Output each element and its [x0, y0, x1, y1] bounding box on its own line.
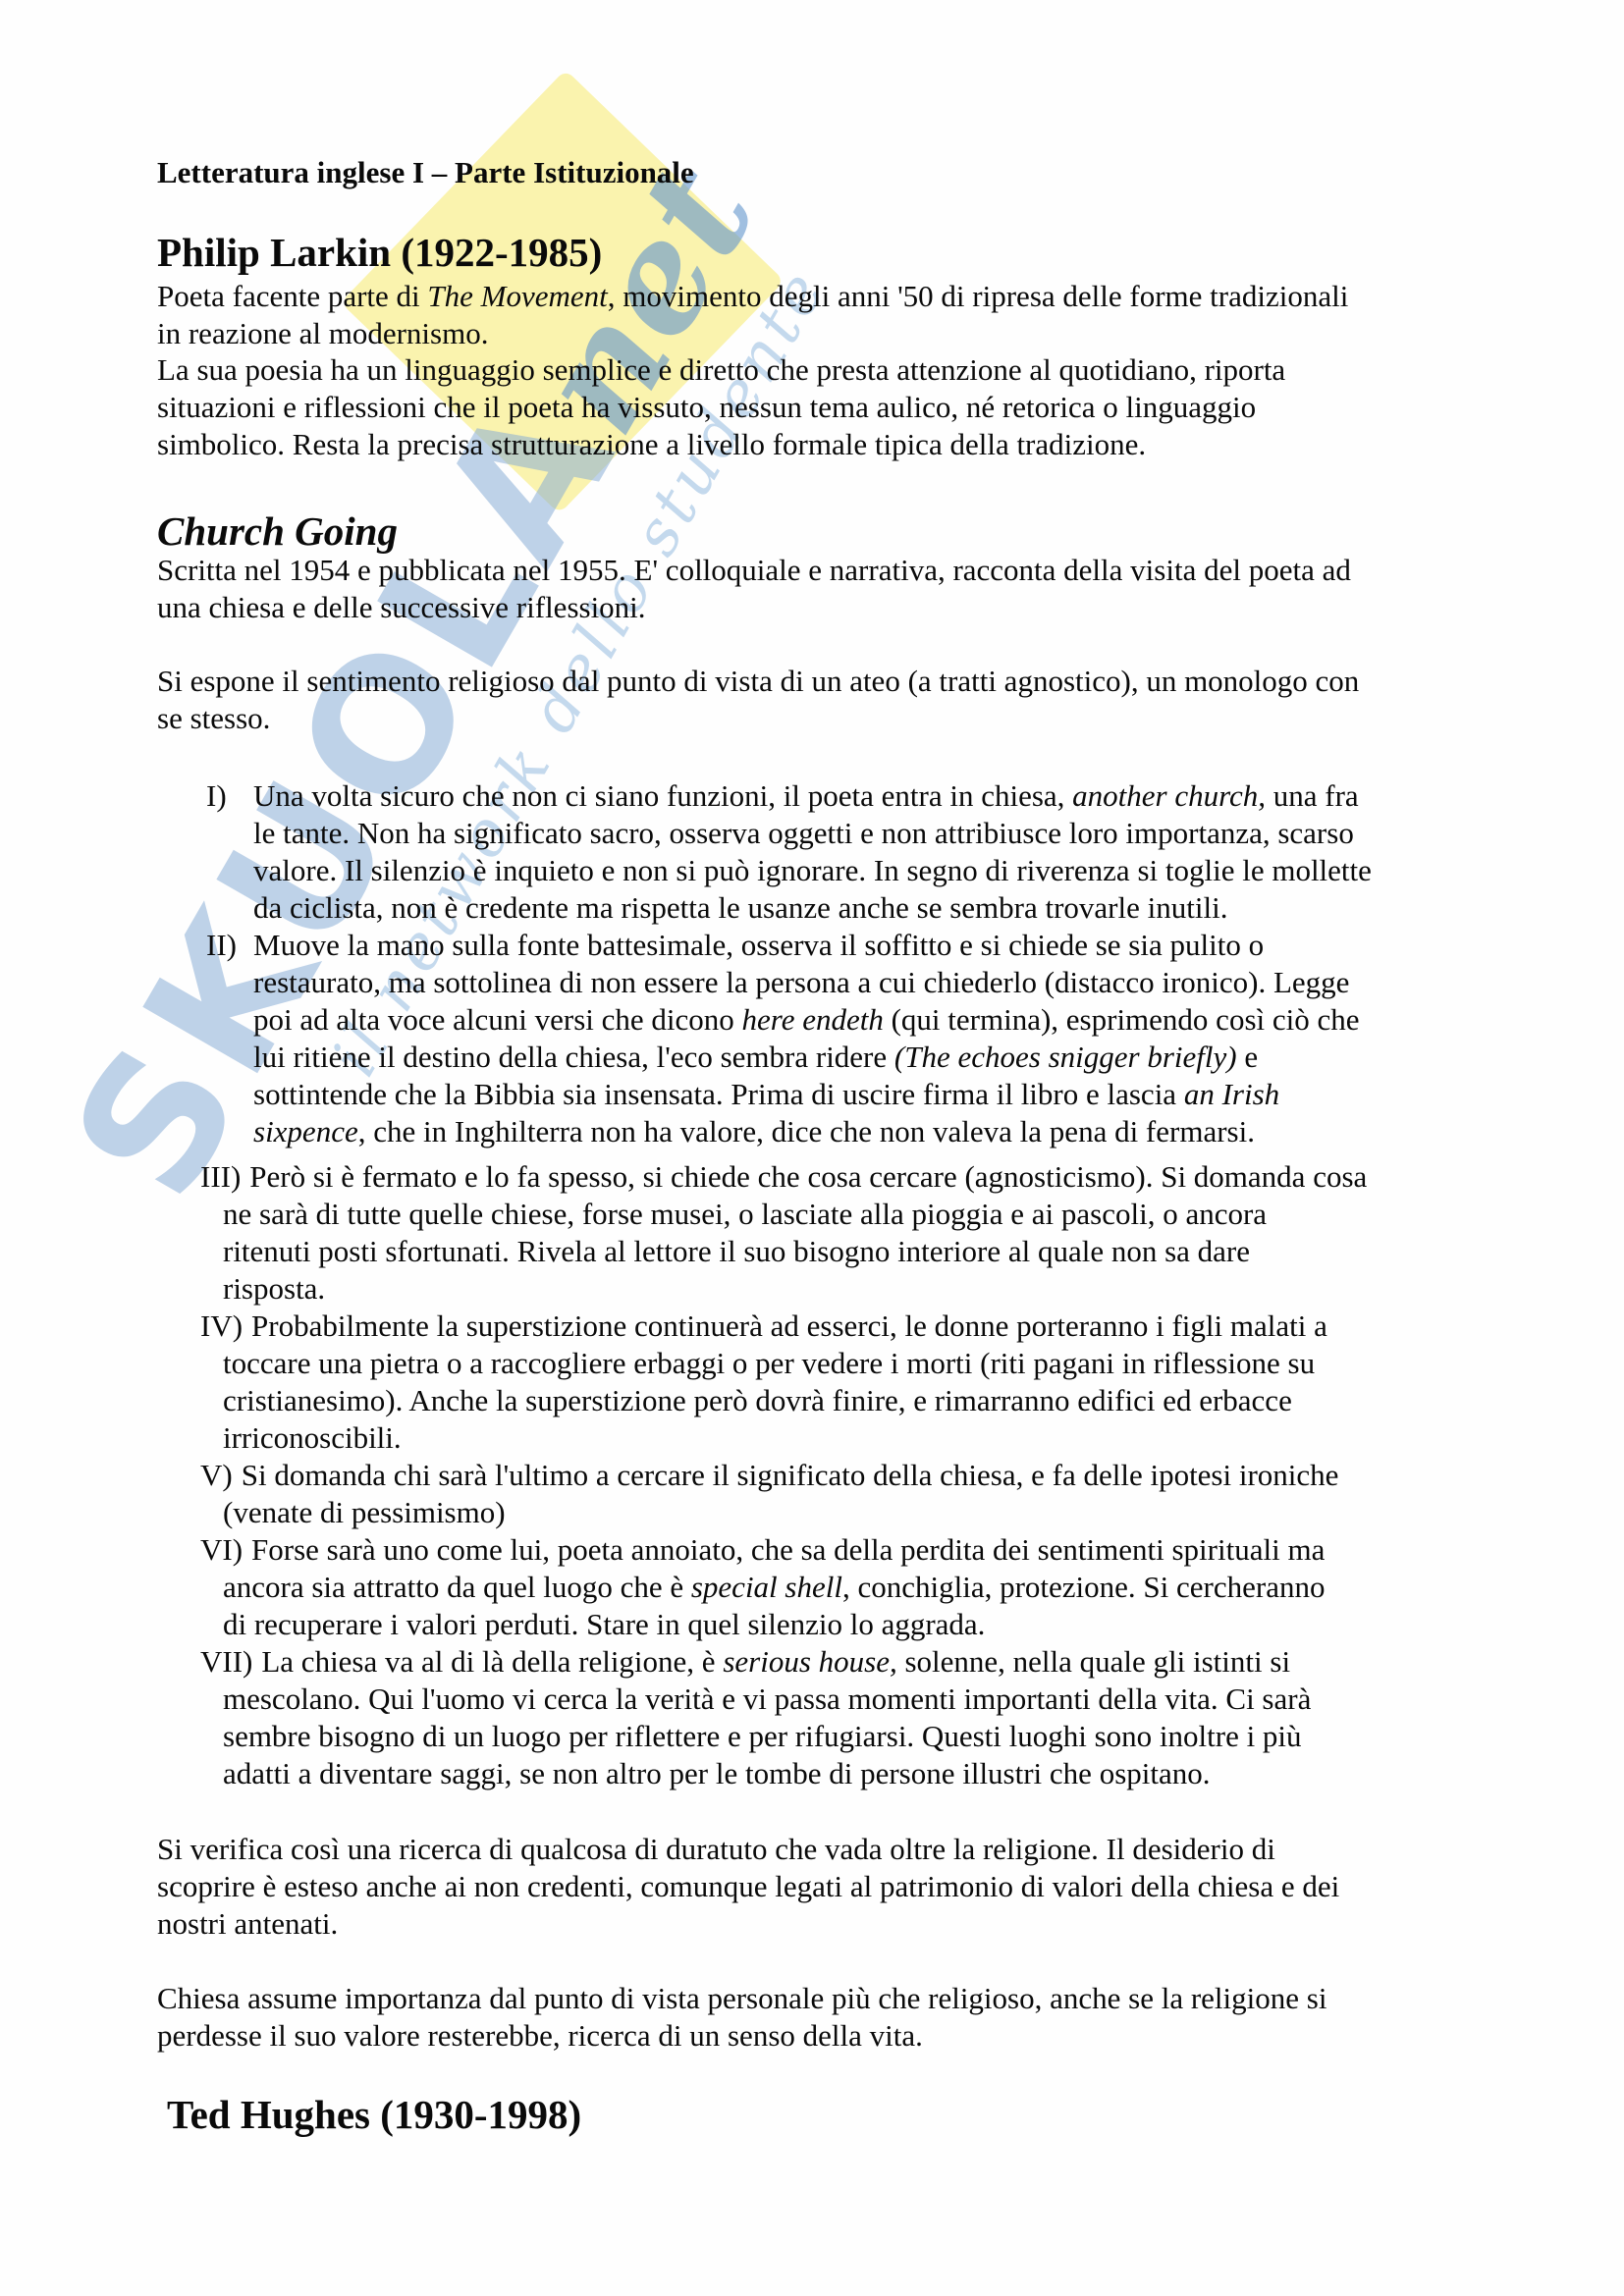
list-item-1-line-3: valore. Il silenzio è inquieto e non si …: [253, 852, 1372, 889]
para-espone: Si espone il sentimento religioso dal pu…: [157, 663, 1359, 737]
list-marker-V: V): [200, 1458, 233, 1492]
list-item-4-segment: irriconoscibili.: [223, 1420, 402, 1455]
list-item-2-line-5: sottintende che la Bibbia sia insensata.…: [253, 1076, 1360, 1113]
para-movement-segment: Poeta facente parte di: [157, 279, 427, 313]
list-item-2-line-2: restaurato, ma sottolinea di non essere …: [253, 964, 1360, 1001]
title-heading: Letteratura inglese I – Parte Istituzion…: [157, 154, 694, 191]
list-item-1-line-4: da ciclista, non è credente ma rispetta …: [253, 889, 1372, 927]
list-item-2-segment: lui ritiene il destino della chiesa, l'e…: [253, 1040, 894, 1074]
para-scritta-line-1: Scritta nel 1954 e pubblicata nel 1955. …: [157, 552, 1351, 589]
para-poesia-line-1: La sua poesia ha un linguaggio semplice …: [157, 351, 1285, 389]
list-item-6-segment: di recuperare i valori perduti. Stare in…: [223, 1607, 985, 1641]
para-movement-line-2: in reazione al modernismo.: [157, 315, 1348, 352]
list-item-7-segment: serious house,: [723, 1644, 896, 1679]
para-chiesa-line-1: Chiesa assume importanza dal punto di vi…: [157, 1980, 1326, 2017]
list-item-2-segment: (The echoes snigger briefly): [894, 1040, 1237, 1074]
list-item-2-line-1: II)Muove la mano sulla fonte battesimale…: [206, 927, 1360, 964]
list-item-4-line-2: toccare una pietra o a raccogliere erbag…: [223, 1345, 1327, 1382]
list-item-3-line-3: ritenuti posti sfortunati. Rivela al let…: [223, 1233, 1367, 1270]
list-item-3-line-2: ne sarà di tutte quelle chiese, forse mu…: [223, 1196, 1367, 1233]
para-verifica-segment: nostri antenati.: [157, 1906, 338, 1941]
list-item-2-segment: here endeth: [742, 1002, 884, 1037]
para-espone-segment: Si espone il sentimento religioso dal pu…: [157, 664, 1359, 698]
list-item-3-segment: ritenuti posti sfortunati. Rivela al let…: [223, 1234, 1250, 1268]
list-item-4-line-3: cristianesimo). Anche la superstizione p…: [223, 1382, 1327, 1419]
heading-ted-hughes: Ted Hughes (1930-1998): [167, 2091, 581, 2138]
list-item-3-segment: Però si è fermato e lo fa spesso, si chi…: [249, 1159, 1367, 1194]
list-item-7-line-4: adatti a diventare saggi, se non altro p…: [223, 1755, 1311, 1792]
heading-ted-hughes-segment: Ted Hughes (1930-1998): [167, 2092, 581, 2137]
para-verifica-segment: scoprire è esteso anche ai non credenti,…: [157, 1869, 1339, 1903]
list-item-5-line-2: (venate di pessimismo): [223, 1494, 1338, 1531]
list-item-5: V)Si domanda chi sarà l'ultimo a cercare…: [223, 1457, 1338, 1531]
para-scritta: Scritta nel 1954 e pubblicata nel 1955. …: [157, 552, 1351, 626]
list-item-4: IV)Probabilmente la superstizione contin…: [223, 1308, 1327, 1457]
list-item-6-segment: ancora sia attratto da quel luogo che è: [223, 1570, 691, 1604]
list-item-7: VII)La chiesa va al di là della religion…: [223, 1643, 1311, 1792]
list-marker-IV: IV): [200, 1308, 243, 1343]
list-item-1-line-2: le tante. Non ha significato sacro, osse…: [253, 815, 1372, 852]
list-item-2-segment: an Irish: [1184, 1077, 1279, 1111]
para-movement-segment: in reazione al modernismo.: [157, 316, 488, 350]
list-item-2-segment: (qui termina), esprimendo così ciò che: [884, 1002, 1360, 1037]
list-item-4-segment: Probabilmente la superstizione continuer…: [251, 1308, 1327, 1343]
list-item-2: II)Muove la mano sulla fonte battesimale…: [253, 927, 1360, 1150]
list-item-2-segment: sixpence: [253, 1114, 358, 1148]
list-item-1-segment: una fra: [1266, 778, 1359, 813]
list-item-3-segment: ne sarà di tutte quelle chiese, forse mu…: [223, 1197, 1267, 1231]
list-item-4-segment: toccare una pietra o a raccogliere erbag…: [223, 1346, 1315, 1380]
list-item-6-segment: Forse sarà uno come lui, poeta annoiato,…: [251, 1532, 1325, 1567]
list-item-2-line-6: sixpence, che in Inghilterra non ha valo…: [253, 1113, 1360, 1150]
list-item-2-segment: Muove la mano sulla fonte battesimale, o…: [253, 928, 1264, 962]
para-poesia: La sua poesia ha un linguaggio semplice …: [157, 351, 1285, 463]
title-heading-segment: Letteratura inglese I – Parte Istituzion…: [157, 155, 694, 189]
list-item-2-line-3: poi ad alta voce alcuni versi che dicono…: [253, 1001, 1360, 1039]
para-scritta-line-2: una chiesa e delle successive riflession…: [157, 589, 1351, 626]
para-poesia-line-3: simbolico. Resta la precisa strutturazio…: [157, 426, 1285, 463]
list-item-3-line-1: III)Però si è fermato e lo fa spesso, si…: [200, 1158, 1367, 1196]
list-item-1-segment: valore. Il silenzio è inquieto e non si …: [253, 853, 1372, 887]
para-poesia-segment: simbolico. Resta la precisa strutturazio…: [157, 427, 1146, 461]
list-item-7-segment: adatti a diventare saggi, se non altro p…: [223, 1756, 1211, 1790]
para-verifica-line-2: scoprire è esteso anche ai non credenti,…: [157, 1868, 1339, 1905]
heading-ted-hughes-line-1: Ted Hughes (1930-1998): [167, 2091, 581, 2138]
list-marker-I: I): [206, 777, 253, 815]
list-item-6-segment: , conchiglia, protezione. Si cercheranno: [842, 1570, 1326, 1604]
list-item-1-segment: le tante. Non ha significato sacro, osse…: [253, 816, 1354, 850]
para-chiesa-segment: perdesse il suo valore resterebbe, ricer…: [157, 2018, 923, 2053]
para-espone-line-2: se stesso.: [157, 700, 1359, 737]
list-item-6-line-1: VI)Forse sarà uno come lui, poeta annoia…: [200, 1531, 1325, 1569]
heading-philip-larkin: Philip Larkin (1922-1985): [157, 229, 602, 276]
list-item-1: I)Una volta sicuro che non ci siano funz…: [253, 777, 1372, 927]
list-item-6-line-3: di recuperare i valori perduti. Stare in…: [223, 1606, 1325, 1643]
list-item-1-line-1: I)Una volta sicuro che non ci siano funz…: [206, 777, 1372, 815]
list-item-2-segment: restaurato, ma sottolinea di non essere …: [253, 965, 1349, 999]
list-item-3: III)Però si è fermato e lo fa spesso, si…: [223, 1158, 1367, 1308]
list-item-1-segment: another church,: [1072, 778, 1266, 813]
para-movement: Poeta facente parte di The Movement, mov…: [157, 278, 1348, 352]
heading-philip-larkin-line-1: Philip Larkin (1922-1985): [157, 229, 602, 276]
list-marker-VI: VI): [200, 1532, 243, 1567]
list-item-2-segment: sottintende che la Bibbia sia insensata.…: [253, 1077, 1184, 1111]
list-item-2-line-4: lui ritiene il destino della chiesa, l'e…: [253, 1039, 1360, 1076]
para-espone-line-1: Si espone il sentimento religioso dal pu…: [157, 663, 1359, 700]
para-movement-line-1: Poeta facente parte di The Movement, mov…: [157, 278, 1348, 315]
para-scritta-segment: Scritta nel 1954 e pubblicata nel 1955. …: [157, 553, 1351, 587]
heading-church-going-line-1: Church Going: [157, 507, 398, 555]
list-item-7-segment: mescolano. Qui l'uomo vi cerca la verità…: [223, 1682, 1311, 1716]
heading-church-going-segment: Church Going: [157, 508, 398, 554]
list-marker-III: III): [200, 1159, 241, 1194]
list-marker-VII: VII): [200, 1644, 252, 1679]
list-item-3-segment: risposta.: [223, 1271, 325, 1306]
para-verifica-segment: Si verifica così una ricerca di qualcosa…: [157, 1832, 1275, 1866]
list-item-5-segment: (venate di pessimismo): [223, 1495, 506, 1529]
para-verifica: Si verifica così una ricerca di qualcosa…: [157, 1831, 1339, 1943]
list-item-7-line-2: mescolano. Qui l'uomo vi cerca la verità…: [223, 1681, 1311, 1718]
list-item-6: VI)Forse sarà uno come lui, poeta annoia…: [223, 1531, 1325, 1643]
list-item-5-segment: Si domanda chi sarà l'ultimo a cercare i…: [242, 1458, 1339, 1492]
para-poesia-segment: La sua poesia ha un linguaggio semplice …: [157, 352, 1285, 387]
list-item-4-line-4: irriconoscibili.: [223, 1419, 1327, 1457]
list-item-7-segment: solenne, nella quale gli istinti si: [897, 1644, 1290, 1679]
para-verifica-line-1: Si verifica così una ricerca di qualcosa…: [157, 1831, 1339, 1868]
list-item-7-line-1: VII)La chiesa va al di là della religion…: [200, 1643, 1311, 1681]
list-item-4-line-1: IV)Probabilmente la superstizione contin…: [200, 1308, 1327, 1345]
list-item-2-segment: e: [1237, 1040, 1259, 1074]
list-item-7-line-3: sembre bisogno di un luogo per rifletter…: [223, 1718, 1311, 1755]
document-content: Letteratura inglese I – Parte Istituzion…: [0, 0, 1624, 2296]
list-item-7-segment: La chiesa va al di là della religione, è: [261, 1644, 723, 1679]
heading-church-going: Church Going: [157, 507, 398, 555]
list-item-6-segment: special shell: [691, 1570, 842, 1604]
list-item-1-segment: Una volta sicuro che non ci siano funzio…: [253, 778, 1072, 813]
para-scritta-segment: una chiesa e delle successive riflession…: [157, 590, 646, 624]
title-heading-line-1: Letteratura inglese I – Parte Istituzion…: [157, 154, 694, 191]
para-chiesa-line-2: perdesse il suo valore resterebbe, ricer…: [157, 2017, 1326, 2055]
heading-philip-larkin-segment: Philip Larkin (1922-1985): [157, 230, 602, 275]
para-movement-segment: , movimento degli anni '50 di ripresa de…: [608, 279, 1349, 313]
list-item-6-line-2: ancora sia attratto da quel luogo che è …: [223, 1569, 1325, 1606]
para-poesia-segment: situazioni e riflessioni che il poeta ha…: [157, 390, 1256, 424]
document-page: SKUOLAnet il network dello studente Lett…: [0, 0, 1624, 2296]
para-poesia-line-2: situazioni e riflessioni che il poeta ha…: [157, 389, 1285, 426]
list-item-3-line-4: risposta.: [223, 1270, 1367, 1308]
para-chiesa-segment: Chiesa assume importanza dal punto di vi…: [157, 1981, 1326, 2015]
list-item-2-segment: , che in Inghilterra non ha valore, dice…: [358, 1114, 1255, 1148]
para-chiesa: Chiesa assume importanza dal punto di vi…: [157, 1980, 1326, 2055]
para-movement-segment: The Movement: [427, 279, 607, 313]
list-item-7-segment: sembre bisogno di un luogo per rifletter…: [223, 1719, 1302, 1753]
para-espone-segment: se stesso.: [157, 701, 270, 735]
list-item-5-line-1: V)Si domanda chi sarà l'ultimo a cercare…: [200, 1457, 1338, 1494]
para-verifica-line-3: nostri antenati.: [157, 1905, 1339, 1943]
list-item-4-segment: cristianesimo). Anche la superstizione p…: [223, 1383, 1292, 1417]
list-item-1-segment: da ciclista, non è credente ma rispetta …: [253, 890, 1227, 925]
list-item-2-segment: poi ad alta voce alcuni versi che dicono: [253, 1002, 742, 1037]
list-marker-II: II): [206, 927, 253, 964]
